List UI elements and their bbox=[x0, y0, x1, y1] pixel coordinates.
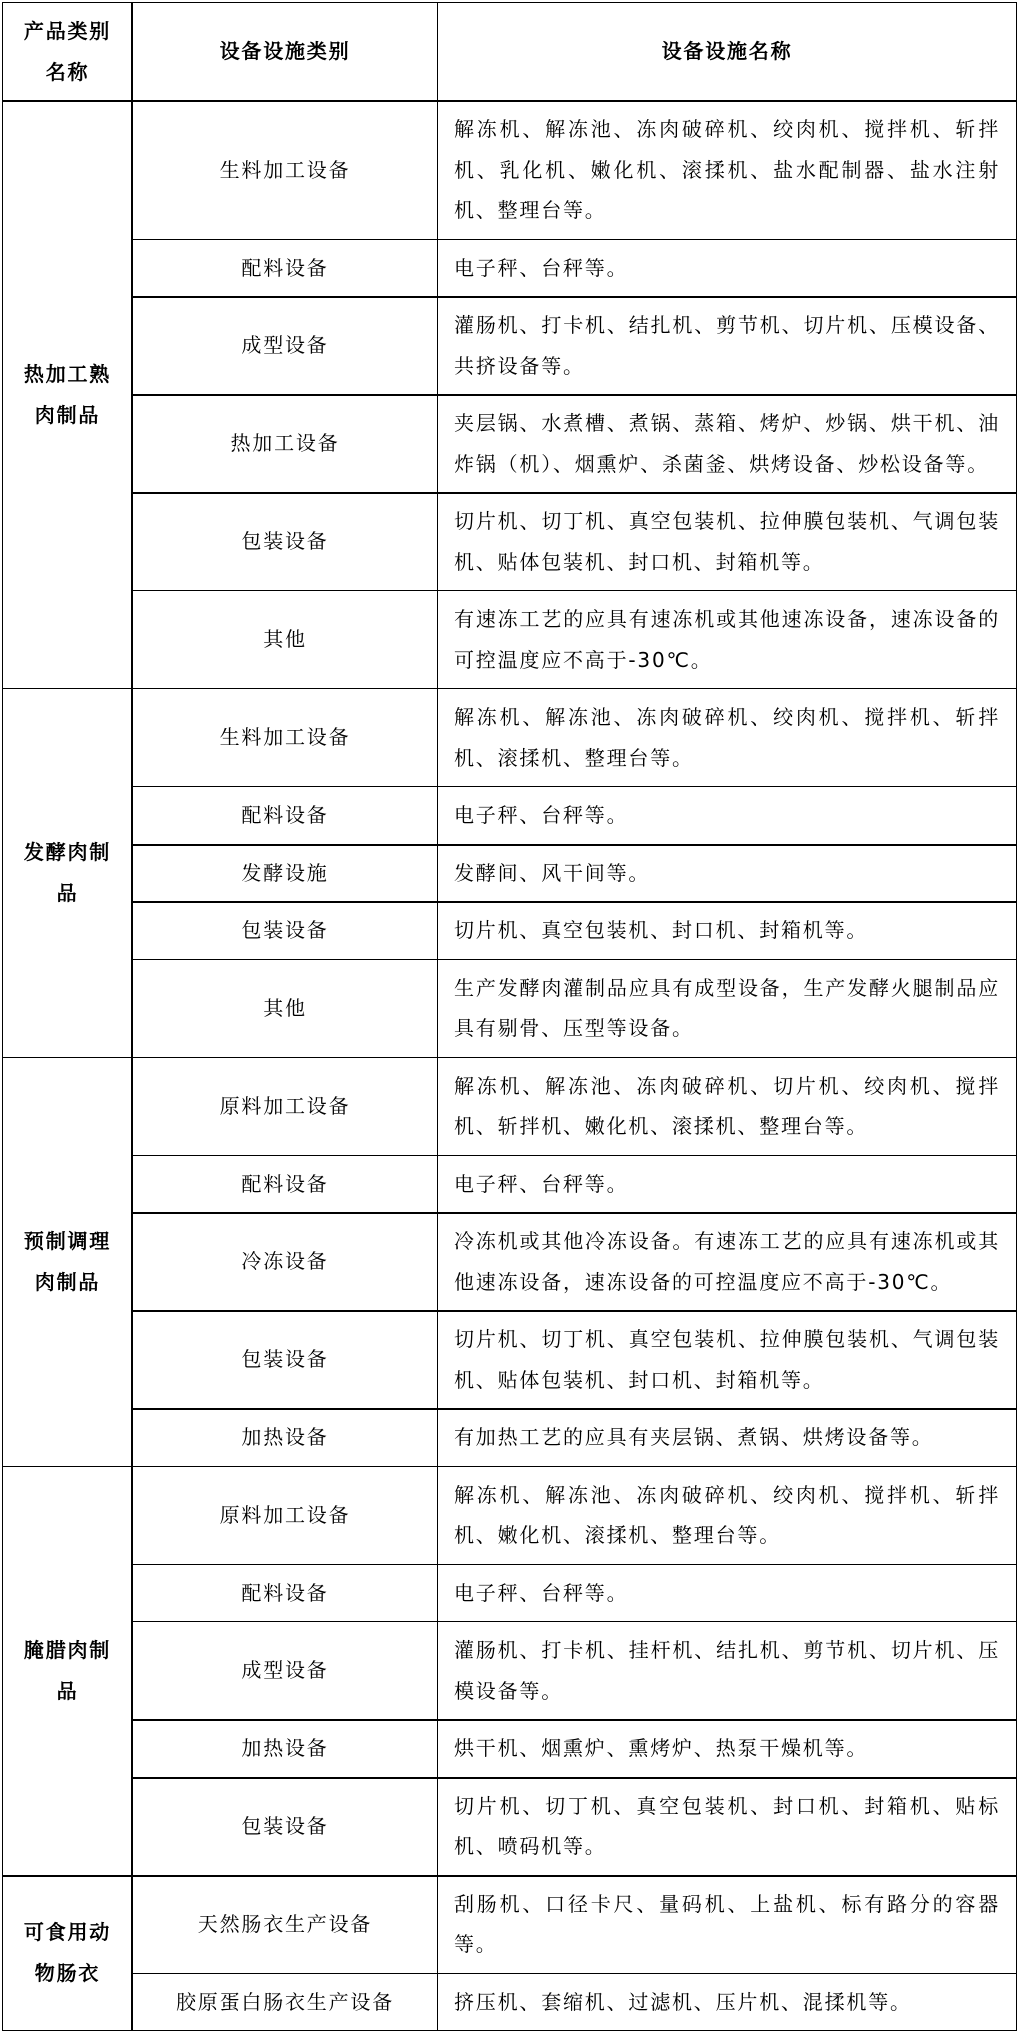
text-line: 等。 bbox=[454, 1924, 1000, 1965]
facility-type-cell: 热加工设备 bbox=[133, 395, 438, 493]
text-line: 机、斩拌机、嫩化机、滚揉机、整理台等。 bbox=[454, 1106, 1000, 1147]
facility-names-cell: 电子秤、台秤等。 bbox=[438, 1564, 1017, 1622]
facility-names-cell: 切片机、切丁机、真空包装机、拉伸膜包装机、气调包装机、贴体包装机、封口机、封箱机… bbox=[438, 1311, 1017, 1409]
text-line: 机、嫩化机、滚揉机、整理台等。 bbox=[454, 1515, 1000, 1556]
text-line: 可控温度应不高于-30℃。 bbox=[454, 640, 1000, 681]
table-row: 冷冻设备 冷冻机或其他冷冻设备。有速冻工艺的应具有速冻机或其他速冻设备，速冻设备… bbox=[3, 1213, 1017, 1311]
facility-names-cell: 切片机、真空包装机、封口机、封箱机等。 bbox=[438, 902, 1017, 960]
facility-names-cell: 灌肠机、打卡机、结扎机、剪节机、切片机、压模设备、共挤设备等。 bbox=[438, 297, 1017, 395]
facility-type-cell: 天然肠衣生产设备 bbox=[133, 1875, 438, 1973]
facility-names-cell: 刮肠机、口径卡尺、量码机、上盐机、标有路分的容器等。 bbox=[438, 1875, 1017, 1973]
table-row: 预制调理肉制品 原料加工设备 解冻机、解冻池、冻肉破碎机、切片机、绞肉机、搅拌机… bbox=[3, 1057, 1017, 1155]
facility-names-cell: 烘干机、烟熏炉、熏烤炉、热泵干燥机等。 bbox=[438, 1720, 1017, 1778]
facility-type-cell: 包装设备 bbox=[133, 1777, 438, 1875]
facility-names-cell: 有加热工艺的应具有夹层锅、煮锅、烘烤设备等。 bbox=[438, 1409, 1017, 1467]
text-line: 有速冻工艺的应具有速冻机或其他速冻设备，速冻设备的 bbox=[454, 599, 1000, 640]
facility-type-cell: 配料设备 bbox=[133, 787, 438, 845]
table-row: 配料设备 电子秤、台秤等。 bbox=[3, 787, 1017, 845]
facility-type-cell: 成型设备 bbox=[133, 1622, 438, 1720]
text-line: 夹层锅、水煮槽、煮锅、蒸箱、烤炉、炒锅、烘干机、油 bbox=[454, 403, 1000, 444]
text-line: 机、贴体包装机、封口机、封箱机等。 bbox=[454, 1360, 1000, 1401]
header-product-category: 产品类别名称 bbox=[3, 3, 133, 101]
facility-names-cell: 电子秤、台秤等。 bbox=[438, 1155, 1017, 1213]
text-line: 具有剔骨、压型等设备。 bbox=[454, 1008, 1000, 1049]
table-row: 包装设备 切片机、切丁机、真空包装机、拉伸膜包装机、气调包装机、贴体包装机、封口… bbox=[3, 1311, 1017, 1409]
table-row: 可食用动物肠衣 天然肠衣生产设备 刮肠机、口径卡尺、量码机、上盐机、标有路分的容… bbox=[3, 1875, 1017, 1973]
table-row: 腌腊肉制品 原料加工设备 解冻机、解冻池、冻肉破碎机、绞肉机、搅拌机、斩拌机、嫩… bbox=[3, 1466, 1017, 1564]
text-line: 机、整理台等。 bbox=[454, 190, 1000, 231]
text-line: 切片机、切丁机、真空包装机、拉伸膜包装机、气调包装 bbox=[454, 501, 1000, 542]
table-row: 热加工熟肉制品 生料加工设备 解冻机、解冻池、冻肉破碎机、绞肉机、搅拌机、斩拌机… bbox=[3, 101, 1017, 240]
table-row: 包装设备 切片机、真空包装机、封口机、封箱机等。 bbox=[3, 902, 1017, 960]
facility-names-cell: 解冻机、解冻池、冻肉破碎机、绞肉机、搅拌机、斩拌机、滚揉机、整理台等。 bbox=[438, 689, 1017, 787]
facility-type-cell: 原料加工设备 bbox=[133, 1057, 438, 1155]
table-row: 加热设备 烘干机、烟熏炉、熏烤炉、热泵干燥机等。 bbox=[3, 1720, 1017, 1778]
text-line: 刮肠机、口径卡尺、量码机、上盐机、标有路分的容器 bbox=[454, 1884, 1000, 1925]
facility-names-cell: 切片机、切丁机、真空包装机、拉伸膜包装机、气调包装机、贴体包装机、封口机、封箱机… bbox=[438, 493, 1017, 591]
text-line: 解冻机、解冻池、冻肉破碎机、绞肉机、搅拌机、斩拌 bbox=[454, 697, 1000, 738]
text-line: 机、喷码机等。 bbox=[454, 1826, 1000, 1867]
table-row: 配料设备 电子秤、台秤等。 bbox=[3, 239, 1017, 297]
facility-type-cell: 发酵设施 bbox=[133, 844, 438, 902]
product-category-cell: 预制调理肉制品 bbox=[3, 1057, 133, 1466]
text-line: 有加热工艺的应具有夹层锅、煮锅、烘烤设备等。 bbox=[454, 1417, 1000, 1458]
product-category-cell: 可食用动物肠衣 bbox=[3, 1875, 133, 2031]
facility-type-cell: 包装设备 bbox=[133, 902, 438, 960]
facility-type-cell: 包装设备 bbox=[133, 493, 438, 591]
facility-type-cell: 配料设备 bbox=[133, 239, 438, 297]
facility-type-cell: 包装设备 bbox=[133, 1311, 438, 1409]
text-line: 解冻机、解冻池、冻肉破碎机、绞肉机、搅拌机、斩拌 bbox=[454, 1475, 1000, 1516]
text-line: 生产发酵肉灌制品应具有成型设备，生产发酵火腿制品应 bbox=[454, 968, 1000, 1009]
facility-type-cell: 生料加工设备 bbox=[133, 101, 438, 240]
text-line: 共挤设备等。 bbox=[454, 346, 1000, 387]
facility-names-cell: 夹层锅、水煮槽、煮锅、蒸箱、烤炉、炒锅、烘干机、油炸锅（机）、烟熏炉、杀菌釜、烘… bbox=[438, 395, 1017, 493]
text-line: 切片机、切丁机、真空包装机、拉伸膜包装机、气调包装 bbox=[454, 1319, 1000, 1360]
table-row: 加热设备 有加热工艺的应具有夹层锅、煮锅、烘烤设备等。 bbox=[3, 1409, 1017, 1467]
text-line: 模设备等。 bbox=[454, 1671, 1000, 1712]
facility-type-cell: 其他 bbox=[133, 959, 438, 1057]
header-facility-type: 设备设施类别 bbox=[133, 3, 438, 101]
table-row: 配料设备 电子秤、台秤等。 bbox=[3, 1564, 1017, 1622]
table-row: 配料设备 电子秤、台秤等。 bbox=[3, 1155, 1017, 1213]
facility-names-cell: 解冻机、解冻池、冻肉破碎机、切片机、绞肉机、搅拌机、斩拌机、嫩化机、滚揉机、整理… bbox=[438, 1057, 1017, 1155]
table-row: 其他 生产发酵肉灌制品应具有成型设备，生产发酵火腿制品应具有剔骨、压型等设备。 bbox=[3, 959, 1017, 1057]
facility-type-cell: 加热设备 bbox=[133, 1409, 438, 1467]
facility-names-cell: 解冻机、解冻池、冻肉破碎机、绞肉机、搅拌机、斩拌机、乳化机、嫩化机、滚揉机、盐水… bbox=[438, 101, 1017, 240]
facility-names-cell: 电子秤、台秤等。 bbox=[438, 239, 1017, 297]
text-line: 发酵间、风干间等。 bbox=[454, 853, 1000, 894]
table-row: 包装设备 切片机、切丁机、真空包装机、拉伸膜包装机、气调包装机、贴体包装机、封口… bbox=[3, 493, 1017, 591]
text-line: 灌肠机、打卡机、结扎机、剪节机、切片机、压模设备、 bbox=[454, 305, 1000, 346]
facility-type-cell: 配料设备 bbox=[133, 1564, 438, 1622]
text-line: 切片机、切丁机、真空包装机、封口机、封箱机、贴标 bbox=[454, 1786, 1000, 1827]
text-line: 机、乳化机、嫩化机、滚揉机、盐水配制器、盐水注射 bbox=[454, 150, 1000, 191]
table-row: 包装设备 切片机、切丁机、真空包装机、封口机、封箱机、贴标机、喷码机等。 bbox=[3, 1777, 1017, 1875]
facility-names-cell: 有速冻工艺的应具有速冻机或其他速冻设备，速冻设备的可控温度应不高于-30℃。 bbox=[438, 591, 1017, 689]
text-line: 灌肠机、打卡机、挂杆机、结扎机、剪节机、切片机、压 bbox=[454, 1630, 1000, 1671]
facility-names-cell: 电子秤、台秤等。 bbox=[438, 787, 1017, 845]
facility-type-cell: 胶原蛋白肠衣生产设备 bbox=[133, 1973, 438, 2031]
product-category-cell: 发酵肉制品 bbox=[3, 689, 133, 1058]
facility-type-cell: 原料加工设备 bbox=[133, 1466, 438, 1564]
product-category-cell: 热加工熟肉制品 bbox=[3, 101, 133, 689]
text-line: 电子秤、台秤等。 bbox=[454, 248, 1000, 289]
facility-type-cell: 成型设备 bbox=[133, 297, 438, 395]
text-line: 电子秤、台秤等。 bbox=[454, 795, 1000, 836]
facility-names-cell: 挤压机、套缩机、过滤机、压片机、混揉机等。 bbox=[438, 1973, 1017, 2031]
text-line: 炸锅（机）、烟熏炉、杀菌釜、烘烤设备、炒松设备等。 bbox=[454, 444, 1000, 485]
facility-names-cell: 灌肠机、打卡机、挂杆机、结扎机、剪节机、切片机、压模设备等。 bbox=[438, 1622, 1017, 1720]
facility-names-cell: 冷冻机或其他冷冻设备。有速冻工艺的应具有速冻机或其他速冻设备，速冻设备的可控温度… bbox=[438, 1213, 1017, 1311]
table-row: 其他 有速冻工艺的应具有速冻机或其他速冻设备，速冻设备的可控温度应不高于-30℃… bbox=[3, 591, 1017, 689]
facility-type-cell: 其他 bbox=[133, 591, 438, 689]
text-line: 解冻机、解冻池、冻肉破碎机、切片机、绞肉机、搅拌 bbox=[454, 1066, 1000, 1107]
facility-names-cell: 解冻机、解冻池、冻肉破碎机、绞肉机、搅拌机、斩拌机、嫩化机、滚揉机、整理台等。 bbox=[438, 1466, 1017, 1564]
facility-names-cell: 发酵间、风干间等。 bbox=[438, 844, 1017, 902]
equipment-facility-table: 产品类别名称 设备设施类别 设备设施名称 热加工熟肉制品 生料加工设备 解冻机、… bbox=[2, 2, 1017, 2031]
text-line: 他速冻设备，速冻设备的可控温度应不高于-30℃。 bbox=[454, 1262, 1000, 1303]
text-line: 烘干机、烟熏炉、熏烤炉、热泵干燥机等。 bbox=[454, 1728, 1000, 1769]
facility-type-cell: 配料设备 bbox=[133, 1155, 438, 1213]
text-line: 电子秤、台秤等。 bbox=[454, 1164, 1000, 1205]
text-line: 解冻机、解冻池、冻肉破碎机、绞肉机、搅拌机、斩拌 bbox=[454, 109, 1000, 150]
text-line: 冷冻机或其他冷冻设备。有速冻工艺的应具有速冻机或其 bbox=[454, 1221, 1000, 1262]
text-line: 机、滚揉机、整理台等。 bbox=[454, 738, 1000, 779]
text-line: 挤压机、套缩机、过滤机、压片机、混揉机等。 bbox=[454, 1982, 1000, 2023]
facility-names-cell: 切片机、切丁机、真空包装机、封口机、封箱机、贴标机、喷码机等。 bbox=[438, 1777, 1017, 1875]
facility-type-cell: 冷冻设备 bbox=[133, 1213, 438, 1311]
facility-type-cell: 生料加工设备 bbox=[133, 689, 438, 787]
table-row: 热加工设备 夹层锅、水煮槽、煮锅、蒸箱、烤炉、炒锅、烘干机、油炸锅（机）、烟熏炉… bbox=[3, 395, 1017, 493]
text-line: 机、贴体包装机、封口机、封箱机等。 bbox=[454, 542, 1000, 583]
facility-type-cell: 加热设备 bbox=[133, 1720, 438, 1778]
table-row: 发酵设施 发酵间、风干间等。 bbox=[3, 844, 1017, 902]
facility-names-cell: 生产发酵肉灌制品应具有成型设备，生产发酵火腿制品应具有剔骨、压型等设备。 bbox=[438, 959, 1017, 1057]
table-row: 成型设备 灌肠机、打卡机、挂杆机、结扎机、剪节机、切片机、压模设备等。 bbox=[3, 1622, 1017, 1720]
table-row: 成型设备 灌肠机、打卡机、结扎机、剪节机、切片机、压模设备、共挤设备等。 bbox=[3, 297, 1017, 395]
table-row: 发酵肉制品 生料加工设备 解冻机、解冻池、冻肉破碎机、绞肉机、搅拌机、斩拌机、滚… bbox=[3, 689, 1017, 787]
table-row: 胶原蛋白肠衣生产设备 挤压机、套缩机、过滤机、压片机、混揉机等。 bbox=[3, 1973, 1017, 2031]
header-row: 产品类别名称 设备设施类别 设备设施名称 bbox=[3, 3, 1017, 101]
text-line: 切片机、真空包装机、封口机、封箱机等。 bbox=[454, 910, 1000, 951]
product-category-cell: 腌腊肉制品 bbox=[3, 1466, 133, 1875]
header-facility-names: 设备设施名称 bbox=[438, 3, 1017, 101]
text-line: 电子秤、台秤等。 bbox=[454, 1573, 1000, 1614]
